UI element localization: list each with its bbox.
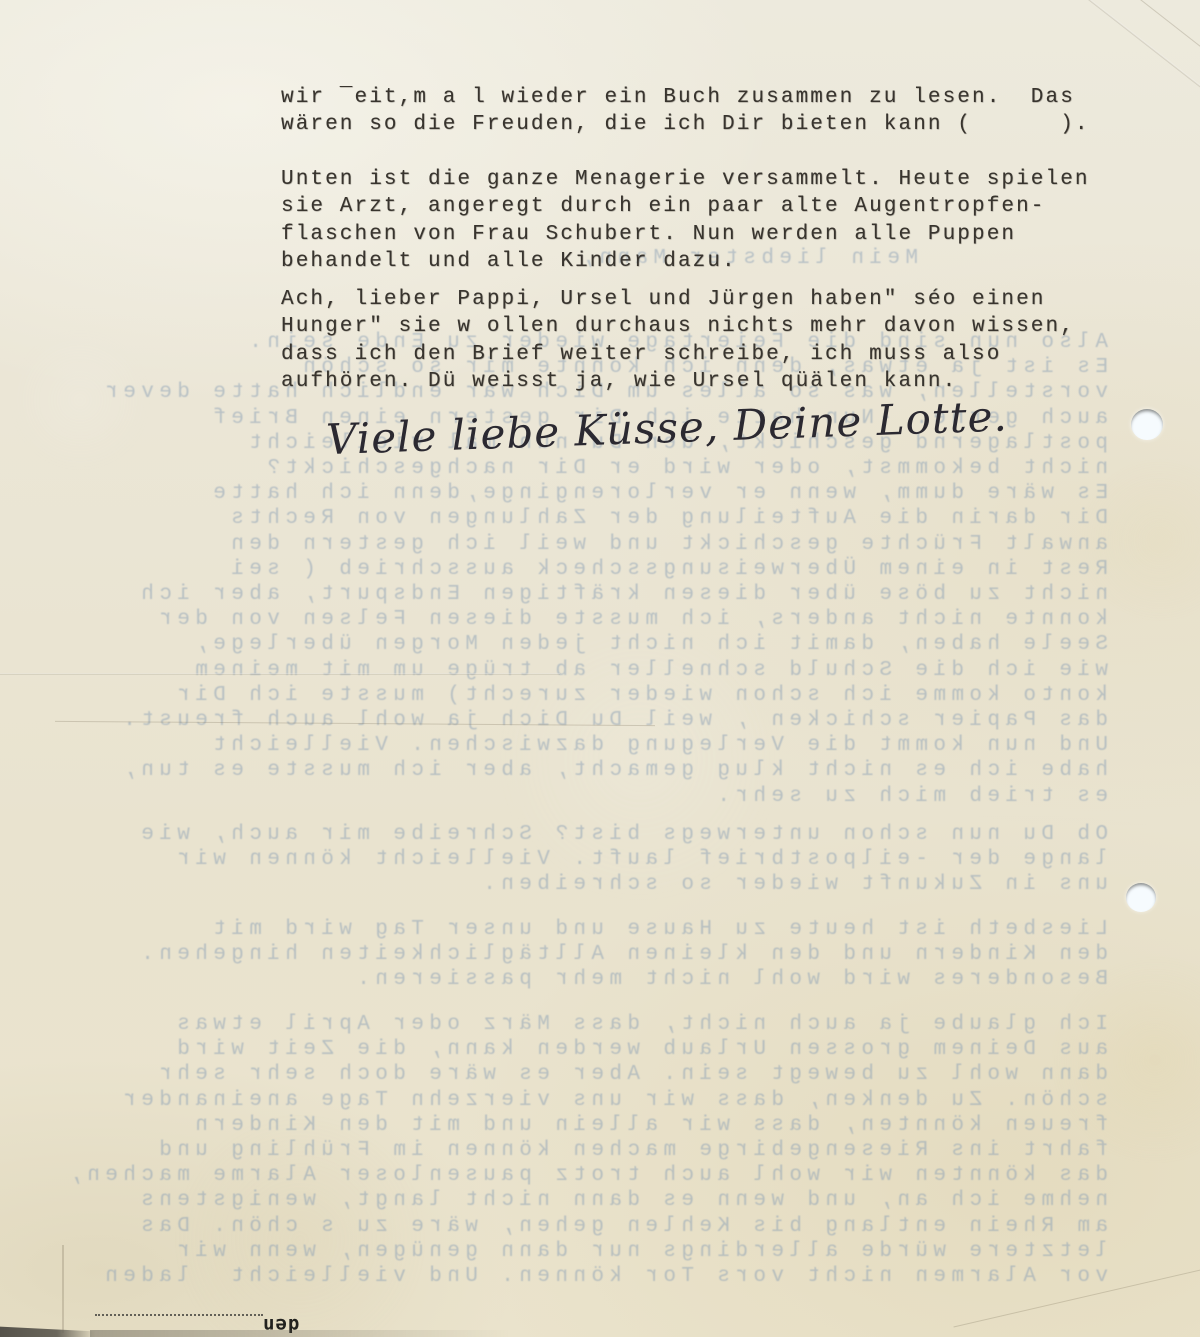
typed-paragraph-2: Unten ist die ganze Menagerie versammelt… bbox=[281, 166, 1090, 275]
underlying-page-dotted-rule bbox=[95, 1300, 263, 1316]
punch-hole-bottom bbox=[1126, 883, 1156, 912]
typed-text-layer: wir ‾eit,m a l wieder ein Buch zusammen … bbox=[281, 0, 1131, 1337]
crease-bottom-left bbox=[62, 1245, 64, 1333]
letter-scan: Mein liebster Mann, Also nun sind die Fe… bbox=[0, 0, 1200, 1337]
scan-edge-shadow bbox=[0, 1321, 95, 1337]
scan-edge-shadow-2 bbox=[90, 1330, 510, 1337]
typed-paragraph-3: Ach, lieber Pappi, Ursel und Jürgen habe… bbox=[281, 286, 1075, 395]
punch-hole-top bbox=[1131, 409, 1163, 440]
typed-paragraph-1: wir ‾eit,m a l wieder ein Buch zusammen … bbox=[281, 84, 1090, 139]
